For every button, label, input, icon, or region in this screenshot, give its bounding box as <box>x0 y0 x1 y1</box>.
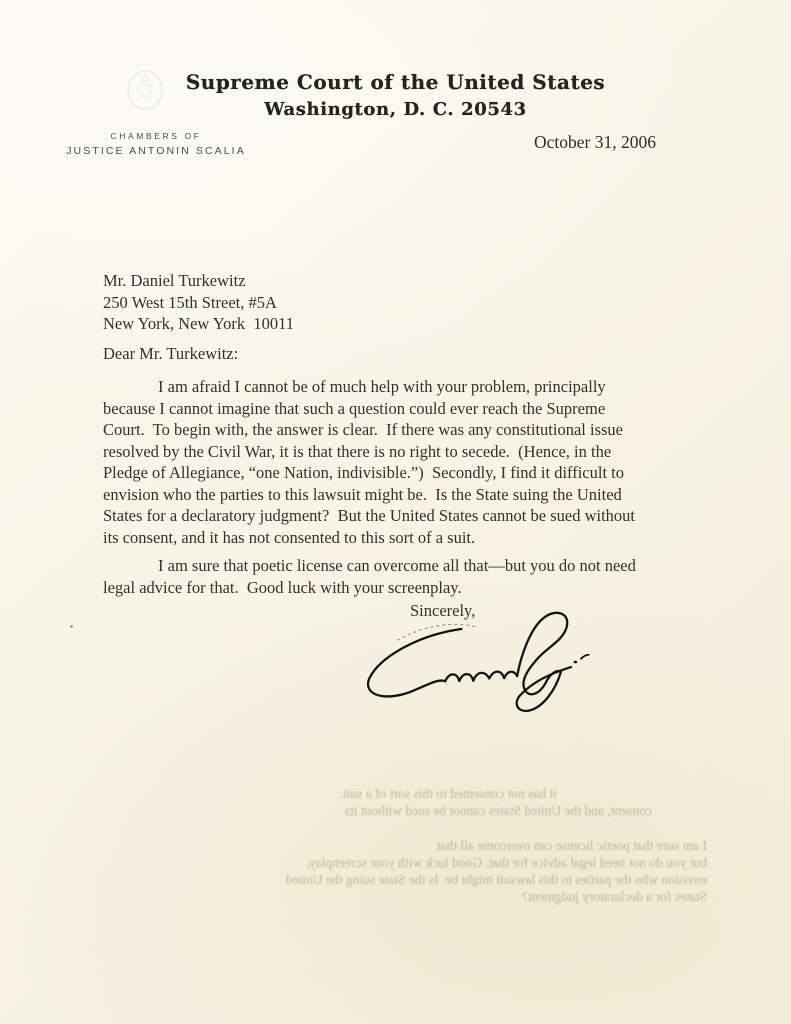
justice-name-label: JUSTICE ANTONIN SCALIA <box>66 145 246 157</box>
letter-date: October 31, 2006 <box>534 132 656 153</box>
letterhead: Supreme Court of the United States Washi… <box>0 70 791 120</box>
letter-line: States for a declaratory judgment? But t… <box>103 505 635 527</box>
letterhead-court-name: Supreme Court of the United States <box>0 70 791 94</box>
bleedthrough-text: it has not consented to this sort of a s… <box>95 786 707 904</box>
body-paragraph-1: I am afraid I cannot be of much help wit… <box>103 376 635 548</box>
letter-line: because I cannot imagine that such a que… <box>103 398 635 420</box>
chambers-block: CHAMBERS OF JUSTICE ANTONIN SCALIA <box>66 131 246 157</box>
bleedthrough-line: States for a declaratory judgment? <box>248 889 707 904</box>
scan-speck <box>70 625 73 628</box>
bleedthrough-line: envision who the parties to this lawsuit… <box>95 872 707 887</box>
recipient-address: Mr. Daniel Turkewitz250 West 15th Street… <box>103 270 294 335</box>
scalia-signature-icon <box>347 603 689 729</box>
body-paragraph-2: I am sure that poetic license can overco… <box>103 555 636 598</box>
bleedthrough-line: I am sure that poetic license can overco… <box>95 838 707 853</box>
bleedthrough-line: it has not consented to this sort of a s… <box>95 786 557 801</box>
letterhead-city-line: Washington, D. C. 20543 <box>0 99 791 120</box>
letter-line: its consent, and it has not consented to… <box>103 527 635 549</box>
letter-line: legal advice for that. Good luck with yo… <box>103 577 636 599</box>
bleedthrough-line: consent, and the United States cannot be… <box>95 803 652 818</box>
recipient-line: Mr. Daniel Turkewitz <box>103 270 294 292</box>
salutation: Dear Mr. Turkewitz: <box>103 343 238 365</box>
recipient-line: 250 West 15th Street, #5A <box>103 292 294 314</box>
letter-line: resolved by the Civil War, it is that th… <box>103 441 635 463</box>
letter-line: envision who the parties to this lawsuit… <box>103 484 635 506</box>
letter-line: Pledge of Allegiance, “one Nation, indiv… <box>103 462 635 484</box>
bleedthrough-line: but you do not need legal advice for tha… <box>95 855 707 870</box>
chambers-of-label: CHAMBERS OF <box>66 131 246 141</box>
recipient-line: New York, New York 10011 <box>103 313 294 335</box>
letter-line: I am sure that poetic license can overco… <box>103 555 636 577</box>
letter-line: Court. To begin with, the answer is clea… <box>103 419 635 441</box>
letter-line: I am afraid I cannot be of much help wit… <box>103 376 635 398</box>
scanned-letter-page: Supreme Court of the United States Washi… <box>0 0 791 1024</box>
